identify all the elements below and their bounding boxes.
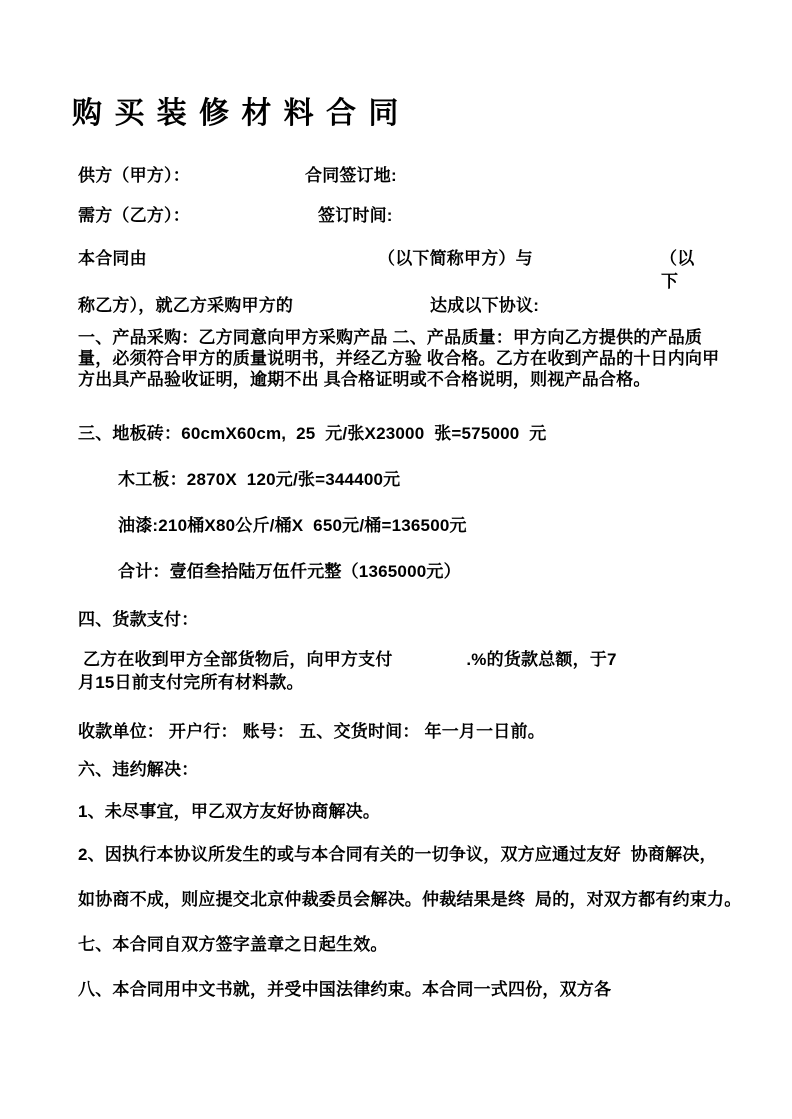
contract-title: 购 买 装 修 材 料 合 同	[72, 97, 400, 132]
clause-products-quality: 一、产品采购：乙方同意向甲方采购产品 二、产品质量：甲方向乙方提供的产品质 量，…	[78, 327, 740, 390]
buyer-label: 需方（乙方）：	[78, 205, 190, 227]
document-page: 购 买 装 修 材 料 合 同 供方（甲方）： 合同签订地: 需方（乙方）： 签…	[0, 0, 792, 1119]
intro-party-b-alias: 称乙方），就乙方采购甲方的	[78, 295, 293, 317]
item-floor-tile: 三、地板砖：60cmX60cm, 25 元/张X23000 张=575000 元	[78, 423, 547, 445]
item-wood-board: 木工板：2870X 120元/张=344400元	[118, 469, 400, 491]
clause-effective-date: 七、本合同自双方签字盖章之日起生效。	[78, 934, 388, 956]
sign-place-label: 合同签订地:	[305, 165, 397, 187]
clause-language-copies: 八、本合同用中文书就，并受中国法律约束。本合同一式四份，双方各	[78, 979, 611, 1001]
clause-payment-body: 乙方在收到甲方全部货物后，向甲方支付 .%的货款总额，于7 月15日前支付完所有…	[78, 648, 748, 694]
intro-party-a-alias: （以下简称甲方）与	[378, 248, 533, 270]
item-paint: 油漆:210桶X80公斤/桶X 650元/桶=136500元	[118, 515, 467, 537]
dispute-item-2: 2、因执行本协议所发生的或与本合同有关的一切争议，双方应通过友好 协商解决，	[78, 844, 717, 866]
clause-payment-title: 四、货款支付：	[78, 609, 198, 631]
intro-contract-by: 本合同由	[78, 248, 147, 270]
dispute-item-2-continued: 如协商不成，则应提交北京仲裁委员会解决。仲裁结果是终 局的，对双方都有约束力。	[78, 889, 741, 911]
sign-time-label: 签订时间:	[318, 205, 393, 227]
intro-wrap-cont: 下	[661, 271, 678, 293]
supplier-label: 供方（甲方）：	[78, 165, 190, 187]
intro-wrap-open: （以	[660, 248, 694, 270]
payment-account-delivery-line: 收款单位： 开户行： 账号： 五、交货时间： 年一月一日前。	[78, 721, 545, 743]
dispute-item-1: 1、未尽事宜，甲乙双方友好协商解决。	[78, 801, 380, 823]
item-total: 合计：壹佰叁拾陆万伍仟元整（1365000元）	[118, 561, 461, 583]
clause-dispute-title: 六、违约解决：	[78, 759, 198, 781]
intro-agreement: 达成以下协议:	[430, 295, 539, 317]
